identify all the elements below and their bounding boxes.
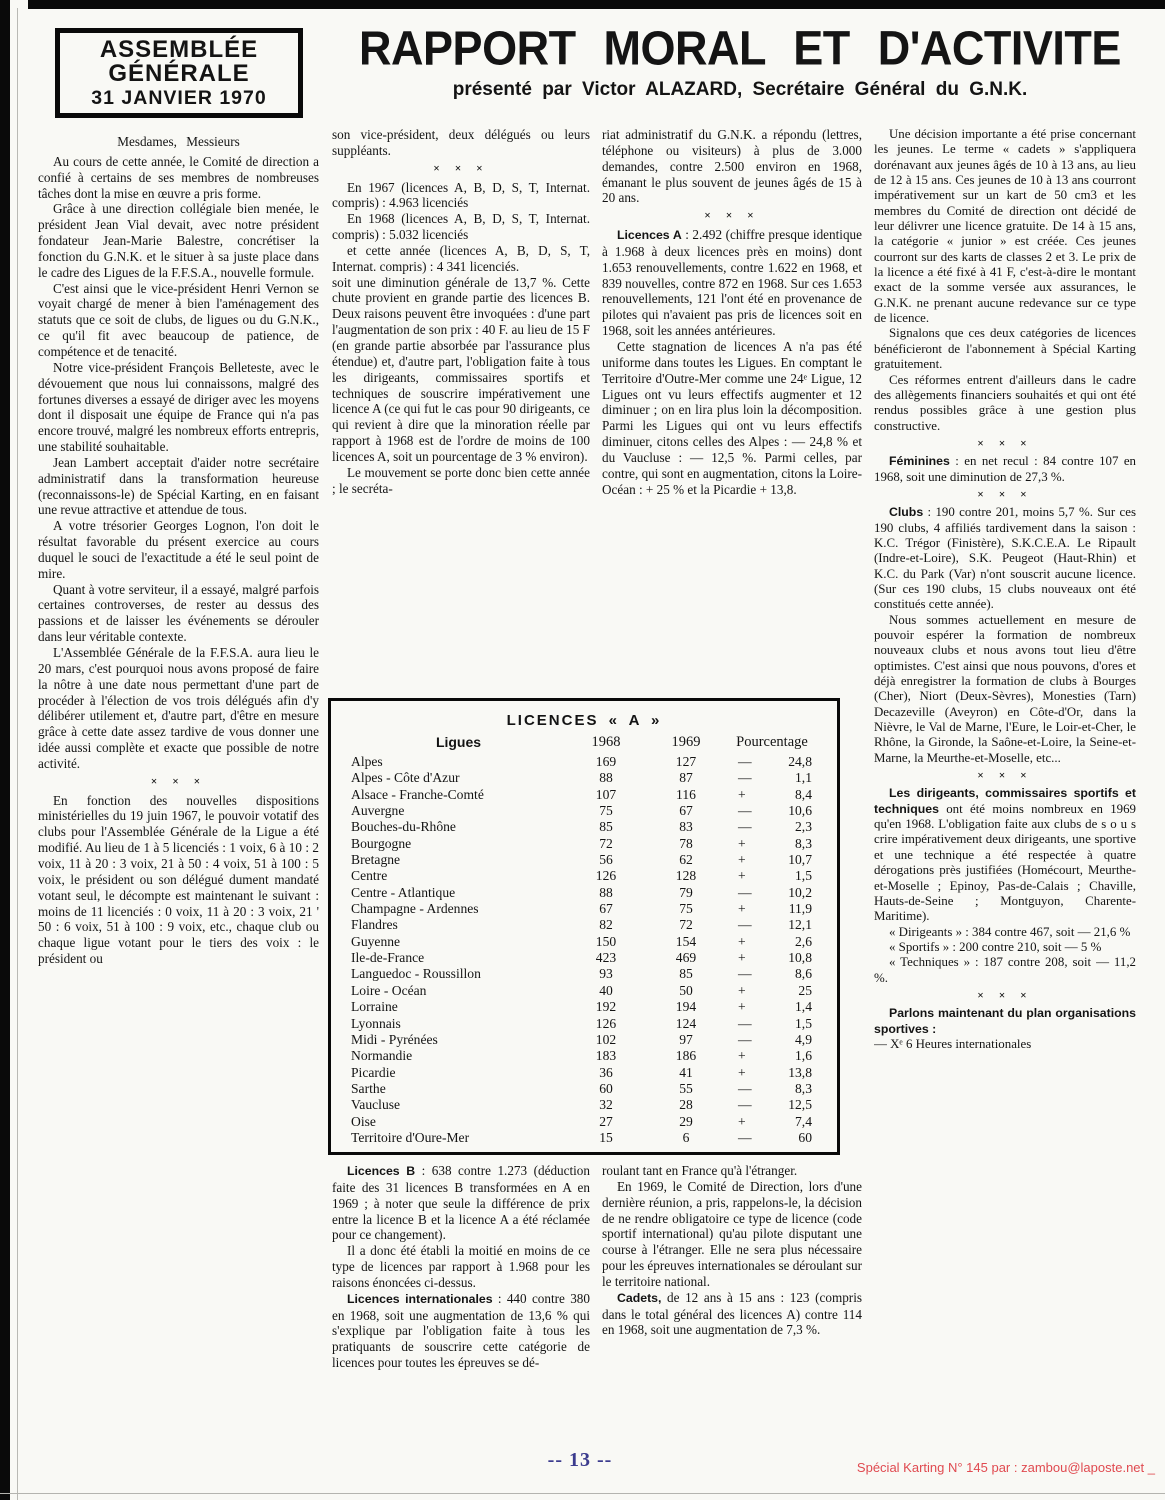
table-row: Oise2729+7,4 bbox=[331, 1114, 837, 1130]
scan-credit: Spécial Karting N° 145 par : zambou@lapo… bbox=[857, 1460, 1155, 1475]
paragraph: Une décision importante a été prise conc… bbox=[874, 127, 1136, 326]
paragraph: Féminines : en net recul : 84 contre 107… bbox=[874, 454, 1136, 485]
paragraph: A votre trésorier Georges Lognon, l'on d… bbox=[38, 518, 319, 581]
section-separator: × × × bbox=[874, 434, 1136, 454]
table-row: Centre - Atlantique8879—10,2 bbox=[331, 885, 837, 901]
paragraph: En fonction des nouvelles dispositions m… bbox=[38, 793, 319, 967]
page-number: -- 13 -- bbox=[520, 1449, 640, 1472]
assembly-box-line2: GÉNÉRALE bbox=[108, 62, 249, 86]
salutation: Mesdames, Messieurs bbox=[38, 134, 319, 150]
column-2-bottom: Licences B : 638 contre 1.273 (déduction… bbox=[332, 1163, 590, 1473]
paragraph: Jean Lambert acceptait d'aider notre sec… bbox=[38, 455, 319, 518]
paragraph: Ces réformes entrent d'ailleurs dans le … bbox=[874, 373, 1136, 434]
table-row: Midi - Pyrénées10297—4,9 bbox=[331, 1032, 837, 1048]
table-header-1969: 1969 bbox=[646, 734, 726, 751]
paragraph: Clubs : 190 contre 201, moins 5,7 %. Sur… bbox=[874, 505, 1136, 612]
paragraph: — Xᵉ 6 Heures internationales bbox=[874, 1037, 1136, 1052]
paragraph: riat administratif du G.N.K. a répondu (… bbox=[602, 127, 862, 206]
paragraph: « Sportifs » : 200 contre 210, soit — 5 … bbox=[874, 940, 1136, 955]
table-row: Auvergne7567—10,6 bbox=[331, 803, 837, 819]
table-row: Loire - Océan4050+25 bbox=[331, 983, 837, 999]
column-2-top: son vice-président, deux délégués ou leu… bbox=[332, 127, 590, 694]
paragraph: Au cours de cette année, le Comité de di… bbox=[38, 154, 319, 202]
left-thin-rule bbox=[17, 8, 18, 1500]
table-header-row: Ligues 1968 1969 Pourcentage bbox=[331, 729, 837, 754]
paragraph: Les dirigeants, commissaires sportifs et… bbox=[874, 786, 1136, 924]
paragraph: « Techniques » : 187 contre 208, soit — … bbox=[874, 955, 1136, 986]
section-separator: × × × bbox=[874, 766, 1136, 786]
left-border-bar bbox=[0, 0, 10, 1500]
assembly-box-line1: ASSEMBLÉE bbox=[100, 38, 258, 62]
paragraph: En 1967 (licences A, B, D, S, T, Interna… bbox=[332, 180, 590, 212]
table-header-1968: 1968 bbox=[566, 734, 646, 751]
paragraph: Le mouvement se porte donc bien cette an… bbox=[332, 465, 590, 497]
section-separator: × × × bbox=[874, 986, 1136, 1006]
column-3-top: riat administratif du G.N.K. a répondu (… bbox=[602, 127, 862, 696]
table-title: LICENCES « A » bbox=[331, 712, 837, 729]
paragraph: Cadets, de 12 ans à 15 ans : 123 (compri… bbox=[602, 1290, 862, 1339]
table-row: Guyenne150154+2,6 bbox=[331, 934, 837, 950]
paragraph: roulant tant en France qu'à l'étranger. bbox=[602, 1163, 862, 1179]
column-1: Mesdames, MessieursAu cours de cette ann… bbox=[38, 134, 319, 1474]
paragraph: Licences A : 2.492 (chiffre presque iden… bbox=[602, 227, 862, 339]
table-row: Languedoc - Roussillon9385—8,6 bbox=[331, 966, 837, 982]
assembly-box-line3: 31 JANVIER 1970 bbox=[91, 89, 266, 109]
paragraph: Cette stagnation de licences A n'a pas é… bbox=[602, 339, 862, 497]
paragraph: Signalons que ces deux catégories de lic… bbox=[874, 326, 1136, 372]
table-row: Lorraine192194+1,4 bbox=[331, 999, 837, 1015]
table-row: Sarthe6055—8,3 bbox=[331, 1081, 837, 1097]
table-row: Bretagne5662+10,7 bbox=[331, 852, 837, 868]
table-header-pourcentage: Pourcentage bbox=[726, 734, 818, 751]
paragraph: et cette année (licences A, B, D, S, T, … bbox=[332, 243, 590, 275]
table-row: Territoire d'Oure-Mer156—60 bbox=[331, 1130, 837, 1146]
page-title: RAPPORT MORAL ET D'ACTIVITE bbox=[320, 20, 1160, 76]
paragraph: Licences internationales : 440 contre 38… bbox=[332, 1291, 590, 1371]
table-row: Champagne - Ardennes6775+11,9 bbox=[331, 901, 837, 917]
magazine-page: ASSEMBLÉE GÉNÉRALE 31 JANVIER 1970 RAPPO… bbox=[0, 0, 1165, 1500]
paragraph: Nous sommes actuellement en mesure de po… bbox=[874, 613, 1136, 766]
section-separator: × × × bbox=[874, 485, 1136, 505]
column-4: Une décision importante a été prise conc… bbox=[874, 127, 1136, 1467]
paragraph: Parlons maintenant du plan organisations… bbox=[874, 1006, 1136, 1037]
assembly-date-box: ASSEMBLÉE GÉNÉRALE 31 JANVIER 1970 bbox=[55, 28, 303, 118]
table-row: Vaucluse3228—12,5 bbox=[331, 1097, 837, 1113]
licences-table-body: Alpes169127—24,8Alpes - Côte d'Azur8887—… bbox=[331, 754, 837, 1146]
table-row: Alsace - Franche-Comté107116+8,4 bbox=[331, 787, 837, 803]
table-row: Normandie183186+1,6 bbox=[331, 1048, 837, 1064]
top-border-bar bbox=[28, 0, 1165, 9]
bottom-thin-rule bbox=[0, 1493, 1165, 1494]
table-row: Ile-de-France423469+10,8 bbox=[331, 950, 837, 966]
table-row: Bourgogne7278+8,3 bbox=[331, 836, 837, 852]
section-separator: × × × bbox=[38, 772, 319, 793]
paragraph: C'est ainsi que le vice-président Henri … bbox=[38, 281, 319, 360]
paragraph: L'Assemblée Générale de la F.F.S.A. aura… bbox=[38, 645, 319, 772]
section-separator: × × × bbox=[602, 206, 862, 227]
licences-a-table: LICENCES « A » Ligues 1968 1969 Pourcent… bbox=[328, 698, 840, 1155]
paragraph: En 1968 (licences A, B, D, S, T, Interna… bbox=[332, 211, 590, 243]
section-separator: × × × bbox=[332, 159, 590, 180]
table-row: Lyonnais126124—1,5 bbox=[331, 1016, 837, 1032]
page-subtitle: présenté par Victor ALAZARD, Secrétaire … bbox=[320, 79, 1160, 101]
paragraph: Il a donc été établi la moitié en moins … bbox=[332, 1243, 590, 1291]
paragraph: En 1969, le Comité de Direction, lors d'… bbox=[602, 1179, 862, 1290]
paragraph: Licences B : 638 contre 1.273 (déduction… bbox=[332, 1163, 590, 1243]
table-row: Alpes169127—24,8 bbox=[331, 754, 837, 770]
table-row: Bouches-du-Rhône8583—2,3 bbox=[331, 819, 837, 835]
paragraph: Notre vice-président François Belleteste… bbox=[38, 360, 319, 455]
column-3-bottom: roulant tant en France qu'à l'étranger.E… bbox=[602, 1163, 862, 1473]
paragraph: son vice-président, deux délégués ou leu… bbox=[332, 127, 590, 159]
table-row: Flandres8272—12,1 bbox=[331, 917, 837, 933]
paragraph: Quant à votre serviteur, il a essayé, ma… bbox=[38, 582, 319, 645]
table-row: Alpes - Côte d'Azur8887—1,1 bbox=[331, 770, 837, 786]
paragraph: « Dirigeants » : 384 contre 467, soit — … bbox=[874, 925, 1136, 940]
table-row: Picardie3641+13,8 bbox=[331, 1065, 837, 1081]
paragraph: soit une diminution générale de 13,7 %. … bbox=[332, 275, 590, 465]
table-header-ligues: Ligues bbox=[351, 734, 566, 751]
paragraph: Grâce à une direction collégiale bien me… bbox=[38, 201, 319, 280]
table-row: Centre126128+1,5 bbox=[331, 868, 837, 884]
